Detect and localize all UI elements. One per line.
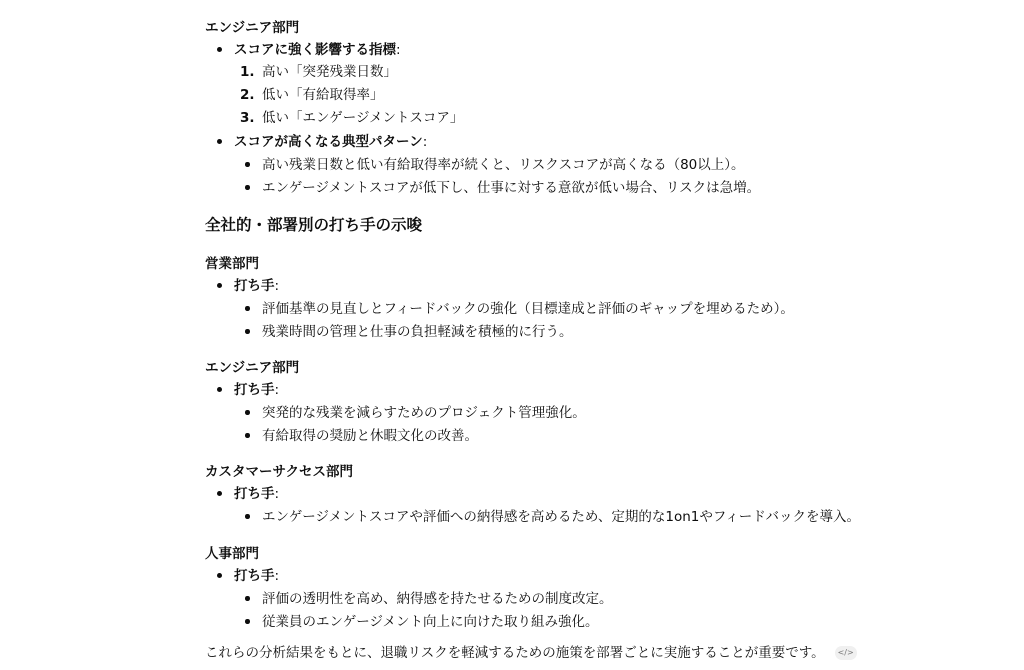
bullet-icon bbox=[245, 619, 250, 624]
bullet-icon bbox=[217, 283, 222, 288]
indicator-item: 2.低い「有給取得率」 bbox=[240, 85, 384, 105]
list-number: 1. bbox=[240, 62, 262, 82]
measures-item: 打ち手: bbox=[234, 484, 279, 504]
section-title-engineer: エンジニア部門 bbox=[205, 18, 299, 38]
bullet-icon bbox=[245, 306, 250, 311]
measure-text: 従業員のエンゲージメント向上に向けた取り組み強化。 bbox=[262, 612, 599, 632]
list-number: 2. bbox=[240, 85, 262, 105]
indicator-item: 3.低い「エンゲージメントスコア」 bbox=[240, 108, 463, 128]
measures-label: 打ち手 bbox=[234, 382, 275, 398]
bullet-icon bbox=[245, 410, 250, 415]
indicator-item: 1.高い「突発残業日数」 bbox=[240, 62, 397, 82]
bullet-icon bbox=[245, 329, 250, 334]
measure-text: 残業時間の管理と仕事の負担軽減を積極的に行う。 bbox=[262, 322, 573, 342]
conclusion: これらの分析結果をもとに、退職リスクを軽減するための施策を部署ごとに実施すること… bbox=[205, 643, 857, 663]
indicators-label: スコアに強く影響する指標 bbox=[234, 42, 396, 58]
bullet-icon bbox=[217, 387, 222, 392]
code-view-button[interactable]: </> bbox=[835, 646, 857, 660]
conclusion-text: これらの分析結果をもとに、退職リスクを軽減するための施策を部署ごとに実施すること… bbox=[205, 645, 825, 661]
bullet-icon bbox=[245, 162, 250, 167]
measure-text: 有給取得の奨励と休暇文化の改善。 bbox=[262, 426, 478, 446]
colon: : bbox=[275, 486, 280, 502]
indicator-text: 低い「有給取得率」 bbox=[262, 87, 384, 103]
dept-title-sales: 営業部門 bbox=[205, 254, 259, 274]
measure-text: 評価の透明性を高め、納得感を持たせるための制度改定。 bbox=[262, 589, 612, 609]
patterns-item: スコアが高くなる典型パターン: bbox=[234, 132, 427, 152]
colon: : bbox=[275, 382, 280, 398]
bullet-icon bbox=[217, 47, 222, 52]
measures-item: 打ち手: bbox=[234, 276, 279, 296]
measures-item: 打ち手: bbox=[234, 380, 279, 400]
bullet-icon bbox=[245, 596, 250, 601]
bullet-icon bbox=[245, 514, 250, 519]
bullet-icon bbox=[245, 433, 250, 438]
list-number: 3. bbox=[240, 108, 262, 128]
bullet-icon bbox=[217, 139, 222, 144]
pattern-text: 高い残業日数と低い有給取得率が続くと、リスクスコアが高くなる（80以上）。 bbox=[262, 155, 745, 175]
colon: : bbox=[396, 42, 401, 58]
measures-label: 打ち手 bbox=[234, 568, 275, 584]
measures-label: 打ち手 bbox=[234, 278, 275, 294]
dept-title-customer-success: カスタマーサクセス部門 bbox=[205, 462, 353, 482]
colon: : bbox=[275, 568, 280, 584]
dept-title-hr: 人事部門 bbox=[205, 544, 259, 564]
measure-text: 突発的な残業を減らすためのプロジェクト管理強化。 bbox=[262, 403, 586, 423]
measures-item: 打ち手: bbox=[234, 566, 279, 586]
patterns-label: スコアが高くなる典型パターン bbox=[234, 134, 423, 150]
dept-title-engineer: エンジニア部門 bbox=[205, 358, 299, 378]
indicators-item: スコアに強く影響する指標: bbox=[234, 40, 401, 60]
measure-text: 評価基準の見直しとフィードバックの強化（目標達成と評価のギャップを埋めるため）。 bbox=[262, 299, 794, 319]
pattern-text: エンゲージメントスコアが低下し、仕事に対する意欲が低い場合、リスクは急増。 bbox=[262, 178, 760, 198]
measures-label: 打ち手 bbox=[234, 486, 275, 502]
bullet-icon bbox=[245, 185, 250, 190]
indicator-text: 高い「突発残業日数」 bbox=[262, 64, 397, 80]
colon: : bbox=[423, 134, 428, 150]
bullet-icon bbox=[217, 573, 222, 578]
suggestions-heading: 全社的・部署別の打ち手の示唆 bbox=[205, 215, 422, 235]
colon: : bbox=[275, 278, 280, 294]
bullet-icon bbox=[217, 491, 222, 496]
measure-text: エンゲージメントスコアや評価への納得感を高めるため、定期的な1on1やフィードバ… bbox=[262, 507, 860, 527]
indicator-text: 低い「エンゲージメントスコア」 bbox=[262, 110, 463, 126]
